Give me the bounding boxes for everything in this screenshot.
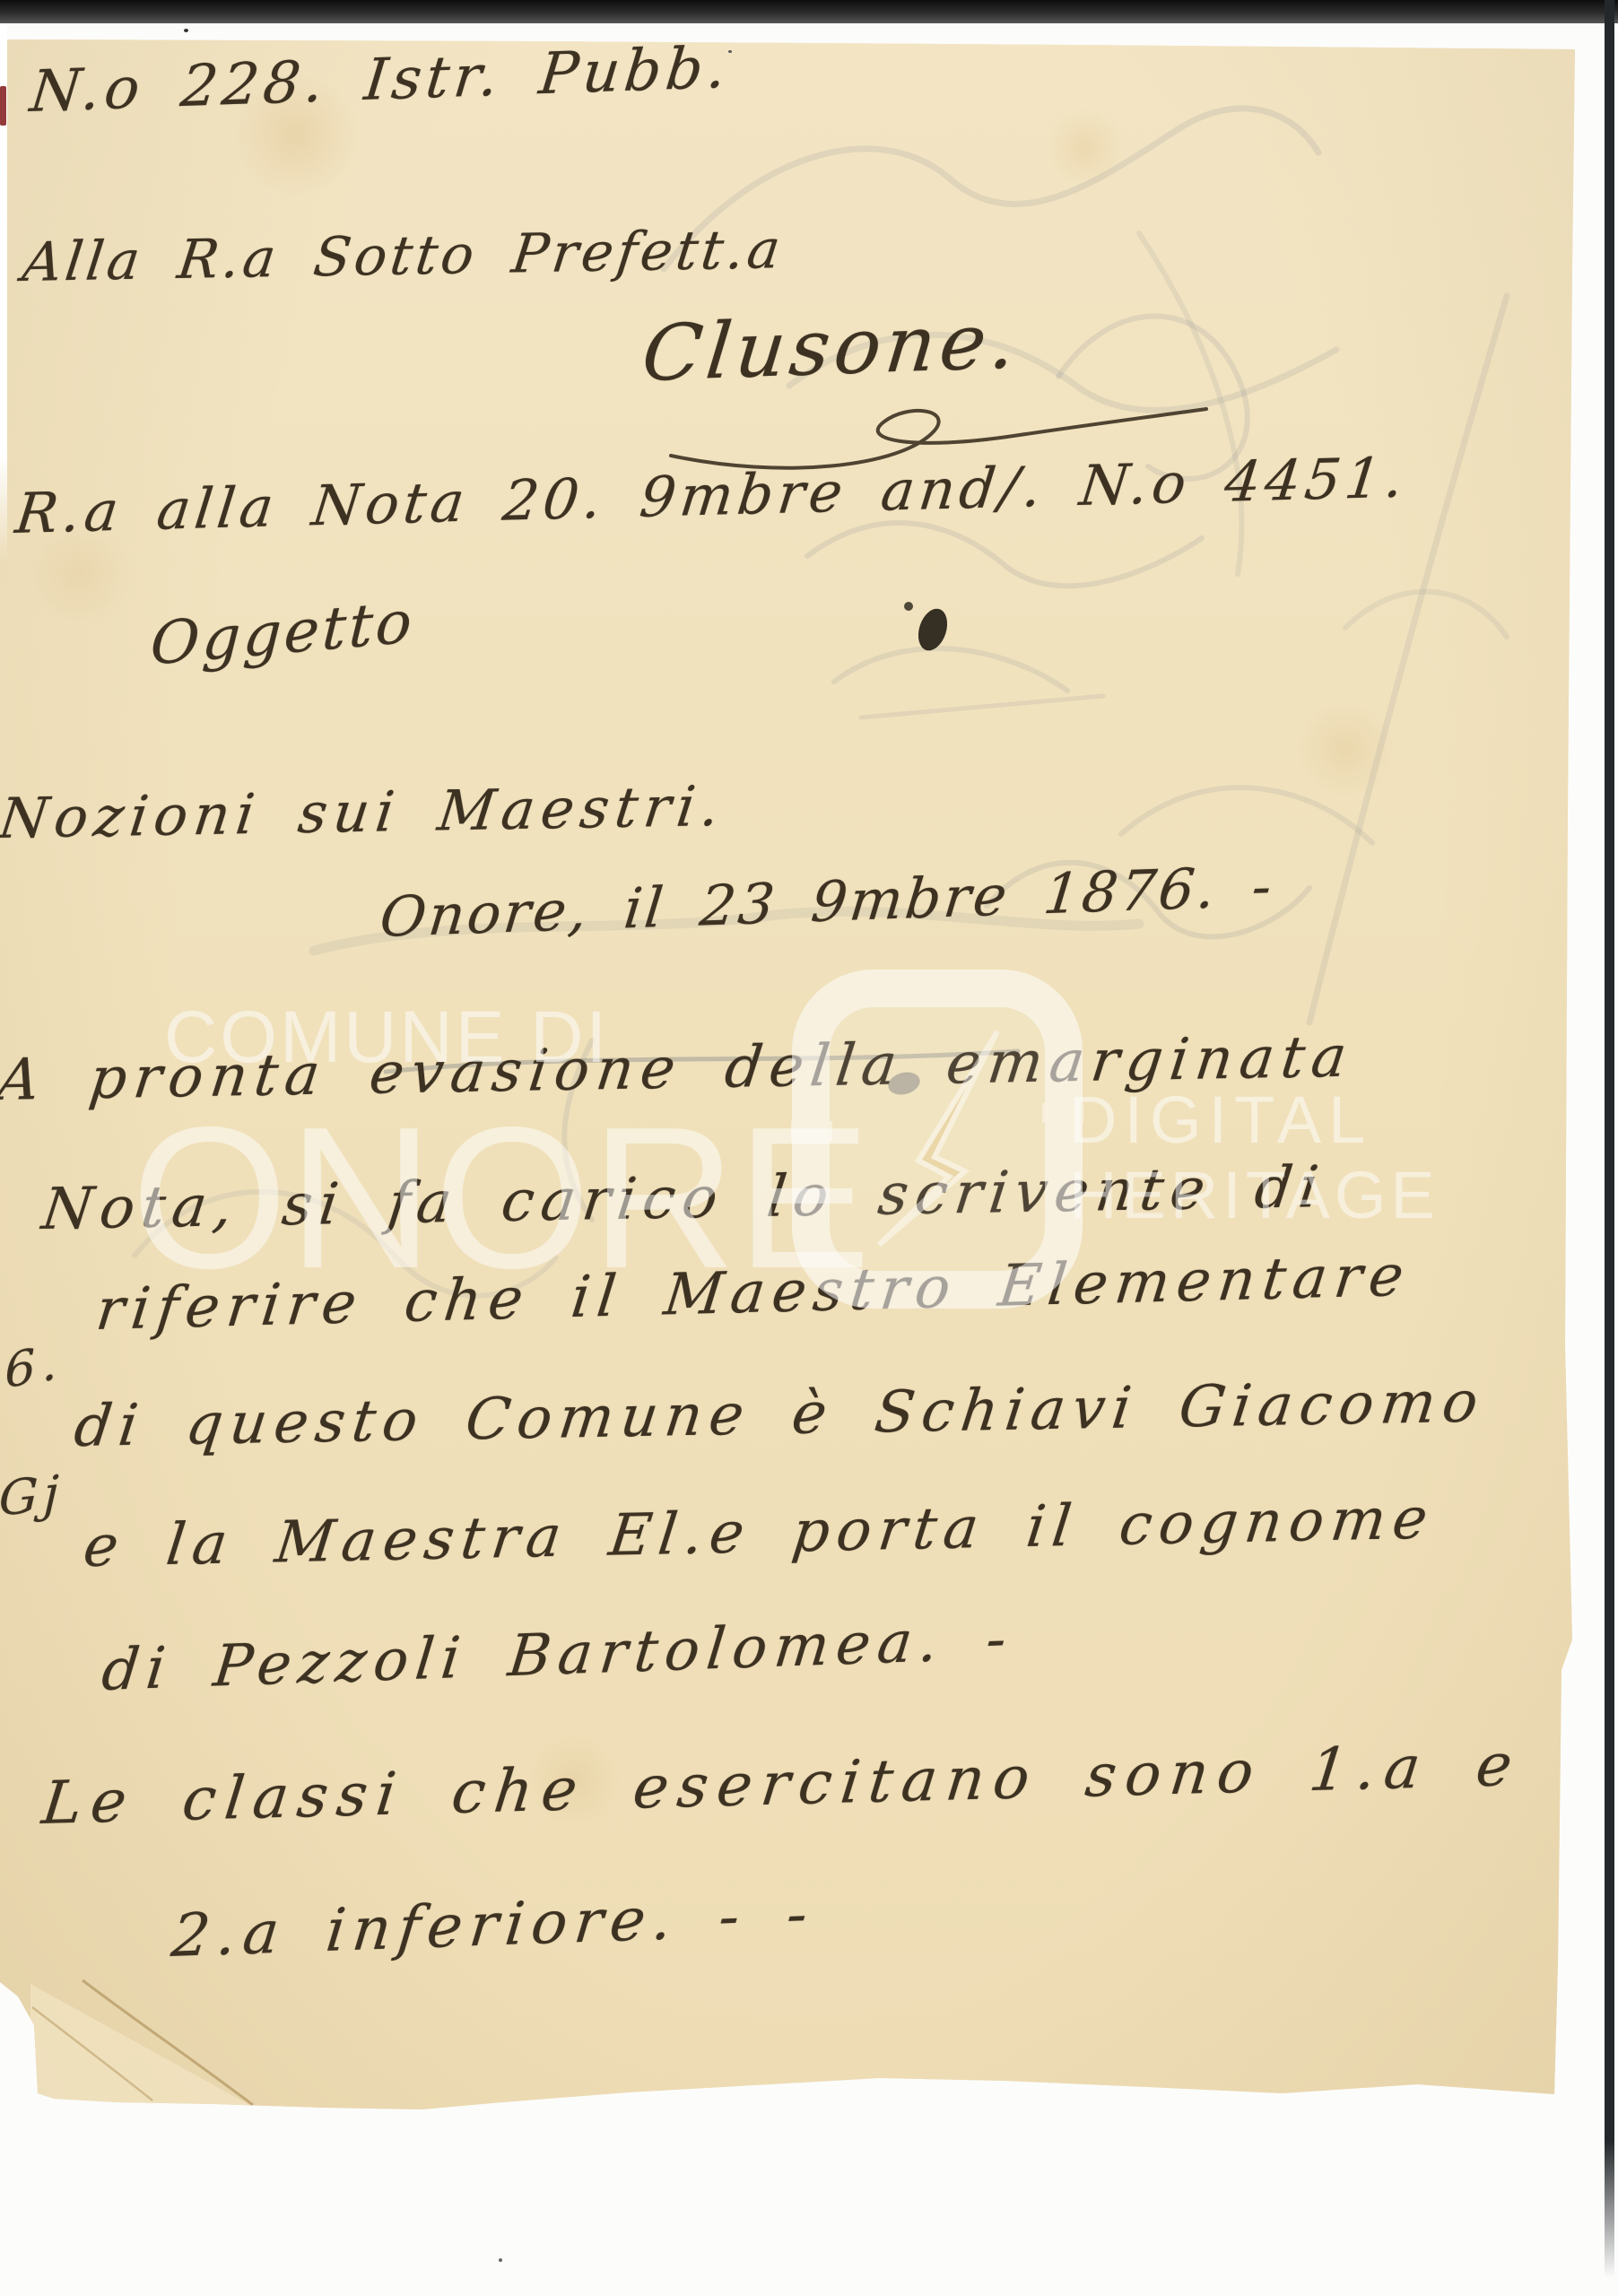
scan-page: { "document": { "reference_line": "N.o 2…: [0, 0, 1618, 2296]
red-edge-mark: [0, 86, 6, 126]
watermark-digital: DIGITAL: [1069, 1082, 1372, 1158]
rounded-square-arrow-logo-icon: [789, 969, 1085, 1309]
dust-speck: [728, 50, 732, 53]
paper-sheet: N.o 228. Istr. Pubb. Alla R.a Sotto Pref…: [0, 0, 1618, 2296]
underline-flourish: [671, 409, 1206, 468]
dust-speck: [184, 29, 188, 32]
scanner-top-band: [0, 0, 1618, 23]
ink-blot: [904, 602, 953, 654]
paper-fold: [30, 1980, 253, 2106]
dust-speck: [499, 2258, 502, 2262]
watermark-comune-di: COMUNE DI: [164, 996, 609, 1080]
watermark-heritage: HERITAGE: [1069, 1157, 1440, 1233]
scanner-right-edge-line: [1605, 0, 1614, 2278]
watermark-onore: ONORE: [131, 1082, 871, 1314]
